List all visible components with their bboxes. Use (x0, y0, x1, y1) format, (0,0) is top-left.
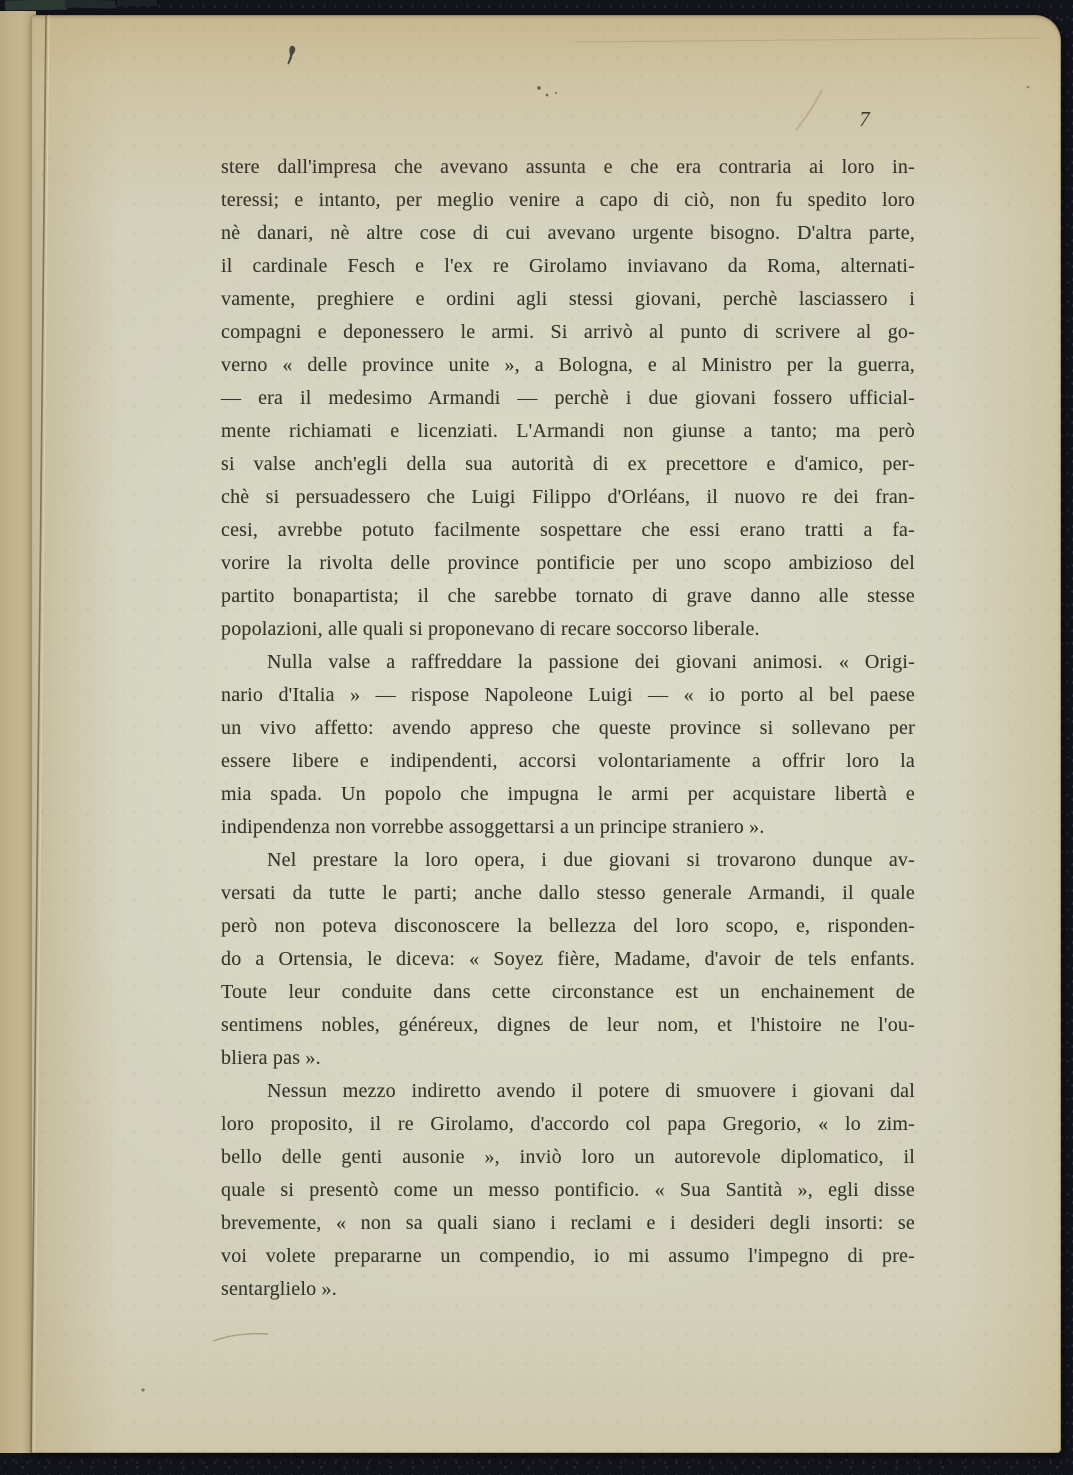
text-line: cesi, avrebbe potuto facilmente sospetta… (221, 514, 915, 547)
text-line: si valse anch'egli della sua autorità di… (221, 448, 915, 481)
text-line: popolazioni, alle quali si proponevano d… (221, 613, 915, 646)
headband-fragment (5, 0, 67, 11)
text-line: verno « delle province unite », a Bologn… (221, 349, 915, 382)
text-paragraph: Nel prestare la loro opera, i due giovan… (221, 844, 915, 1075)
text-line: Toute leur conduite dans cette circonsta… (221, 976, 915, 1009)
text-line: teressi; e intanto, per meglio venire a … (221, 184, 915, 217)
text-line: versati da tutte le parti; anche dallo s… (221, 877, 915, 910)
text-line: voi volete prepararne un compendio, io m… (221, 1240, 915, 1273)
text-line: bello delle genti ausonie », inviò loro … (221, 1141, 915, 1174)
text-line: nario d'Italia » — rispose Napoleone Lui… (221, 679, 915, 712)
text-line: quale si presentò come un messo pontific… (221, 1174, 915, 1207)
text-line: bliera pas ». (221, 1042, 915, 1075)
book-page: 7 stere dall'impresa che avevano assunta… (31, 15, 1061, 1453)
text-line: partito bonapartista; il che sarebbe tor… (221, 580, 915, 613)
text-line: indipendenza non vorrebbe assoggettarsi … (221, 811, 915, 844)
text-line: sentimens nobles, généreux, dignes de le… (221, 1009, 915, 1042)
text-line: Nulla valse a raffreddare la passione de… (221, 646, 915, 679)
text-line: do a Ortensia, le diceva: « Soyez fière,… (221, 943, 915, 976)
text-line: compagni e deponessero le armi. Si arriv… (221, 316, 915, 349)
text-line: Nel prestare la loro opera, i due giovan… (221, 844, 915, 877)
text-line: però non poteva disconoscere la bellezza… (221, 910, 915, 943)
body-text: stere dall'impresa che avevano assunta e… (221, 151, 915, 1306)
text-line: un vivo affetto: avendo appreso che ques… (221, 712, 915, 745)
text-line: essere libere e indipendenti, accorsi vo… (221, 745, 915, 778)
text-line: mia spada. Un popolo che impugna le armi… (221, 778, 915, 811)
text-line: il cardinale Fesch e l'ex re Girolamo in… (221, 250, 915, 283)
text-paragraph: stere dall'impresa che avevano assunta e… (221, 151, 915, 646)
text-line: Nessun mezzo indiretto avendo il potere … (221, 1075, 915, 1108)
text-line: vamente, preghiere e ordini agli stessi … (221, 283, 915, 316)
text-line: vorire la rivolta delle province pontifi… (221, 547, 915, 580)
text-paragraph: Nessun mezzo indiretto avendo il potere … (221, 1075, 915, 1306)
scanner-background: 7 stere dall'impresa che avevano assunta… (0, 0, 1073, 1475)
text-paragraph: Nulla valse a raffreddare la passione de… (221, 646, 915, 844)
text-line: sentarglielo ». (221, 1273, 915, 1306)
text-line: loro proposito, il re Girolamo, d'accord… (221, 1108, 915, 1141)
headband-fragment (65, 0, 115, 9)
page-number: 7 (843, 107, 887, 132)
text-line: mente richiamati e licenziati. L'Armandi… (221, 415, 915, 448)
text-line: nè danari, nè altre cose di cui avevano … (221, 217, 915, 250)
text-line: stere dall'impresa che avevano assunta e… (221, 151, 915, 184)
text-line: chè si persuadessero che Luigi Filippo d… (221, 481, 915, 514)
headband-fragment (117, 0, 157, 6)
text-line: brevemente, « non sa quali siano i recla… (221, 1207, 915, 1240)
text-line: — era il medesimo Armandi — perchè i due… (221, 382, 915, 415)
